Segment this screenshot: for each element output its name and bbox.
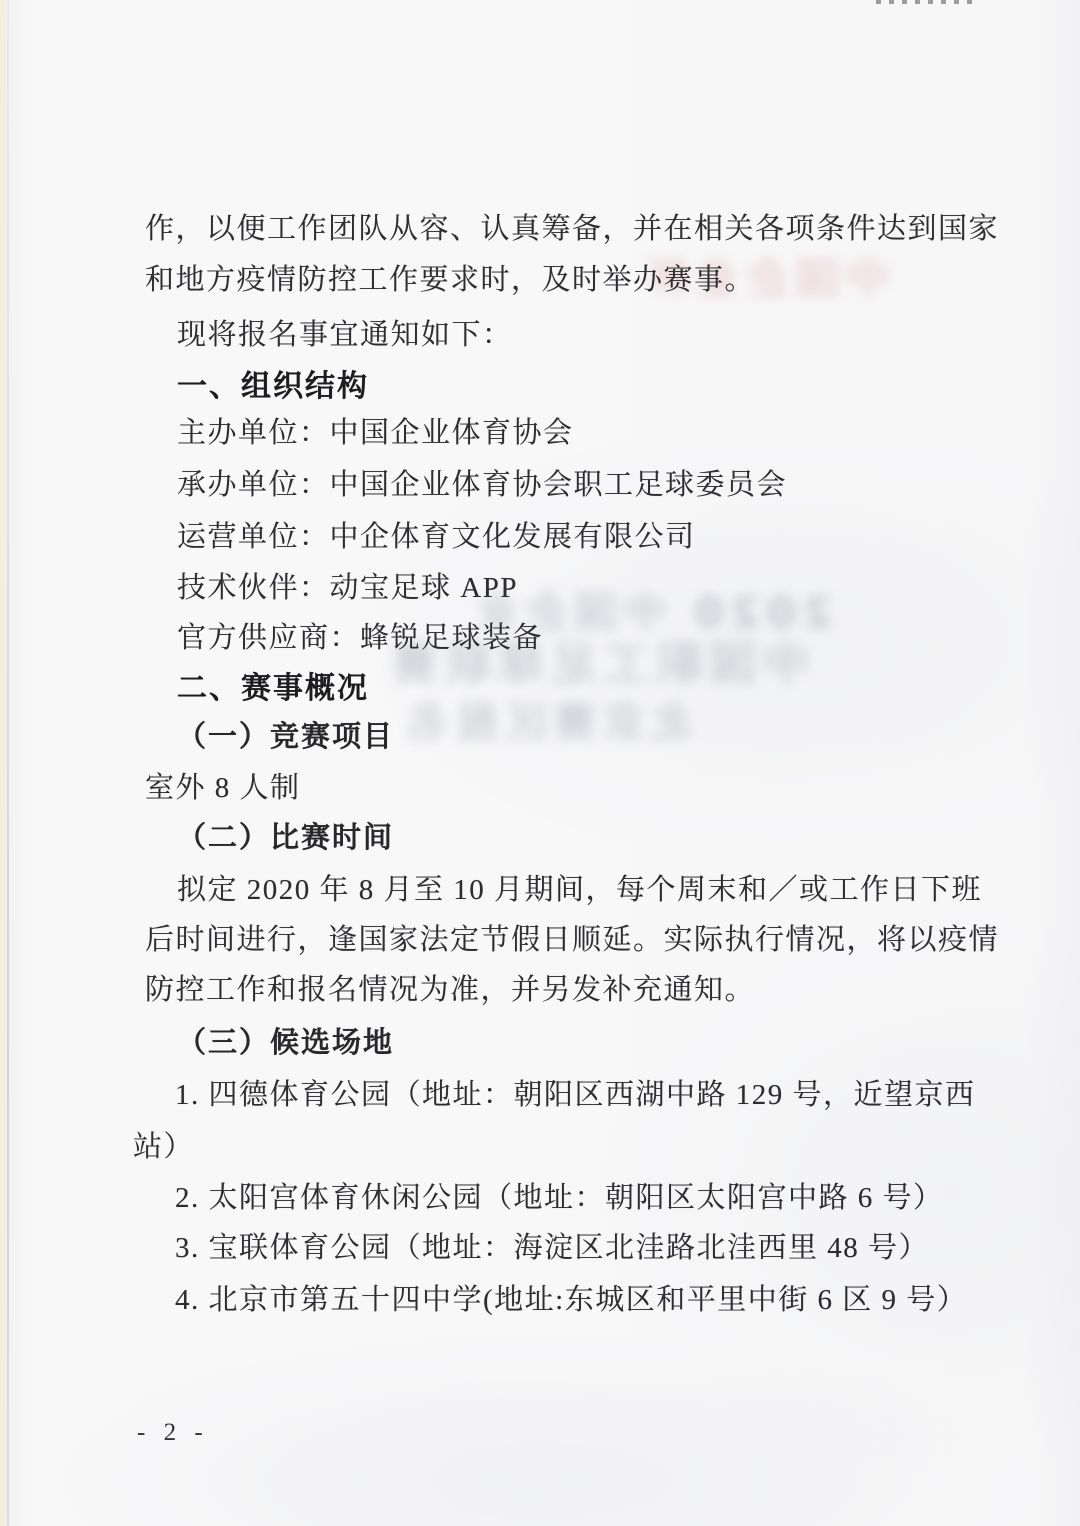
sub-heading: （二）比赛时间	[177, 821, 394, 856]
sub-heading: （一）竞赛项目	[177, 720, 394, 755]
section-heading: 二、赛事概况	[177, 671, 369, 707]
scan-edge-strip	[0, 0, 6, 1526]
list-item: 4. 北京市第五十四中学(地址:东城区和平里中街 6 区 9 号）	[175, 1283, 967, 1318]
bleed-gray-line3: 北京赛区报名	[400, 690, 694, 750]
sub-heading: （三）候选场地	[177, 1026, 394, 1061]
body-line: 和地方疫情防控工作要求时，及时举办赛事。	[145, 263, 755, 298]
scan-artifact-mark	[876, 0, 974, 4]
body-line: 站）	[133, 1130, 194, 1165]
section-heading: 一、组织结构	[177, 369, 369, 405]
document-page: 中国企业杯2020 中国企业中国职工足球联赛北京赛区报名 作，以便工作团队从容、…	[0, 0, 1080, 1526]
list-item: 3. 宝联体育公园（地址：海淀区北洼路北洼西里 48 号）	[175, 1231, 929, 1266]
body-line: 作，以便工作团队从容、认真筹备，并在相关各项条件达到国家	[145, 212, 999, 247]
body-line: 室外 8 人制	[145, 771, 301, 806]
body-line: 拟定 2020 年 8 月至 10 月期间，每个周末和／或工作日下班	[177, 873, 982, 908]
scan-edge-line	[7, 0, 9, 1526]
body-line: 承办单位：中国企业体育协会职工足球委员会	[177, 468, 787, 503]
body-line: 官方供应商：蜂锐足球装备	[177, 621, 543, 656]
list-item: 1. 四德体育公园（地址：朝阳区西湖中路 129 号，近望京西	[175, 1078, 976, 1113]
page-number: - 2 -	[137, 1418, 209, 1448]
body-line: 防控工作和报名情况为准，并另发补充通知。	[145, 973, 755, 1008]
body-line: 现将报名事宜通知如下：	[177, 318, 513, 353]
body-line: 技术伙伴：动宝足球 APP	[177, 571, 518, 606]
body-line: 运营单位：中企体育文化发展有限公司	[177, 520, 696, 555]
body-line: 主办单位：中国企业体育协会	[177, 416, 574, 451]
list-item: 2. 太阳宫体育休闲公园（地址：朝阳区太阳宫中路 6 号）	[175, 1181, 944, 1216]
body-line: 后时间进行，逢国家法定节假日顺延。实际执行情况，将以疫情	[145, 923, 999, 958]
